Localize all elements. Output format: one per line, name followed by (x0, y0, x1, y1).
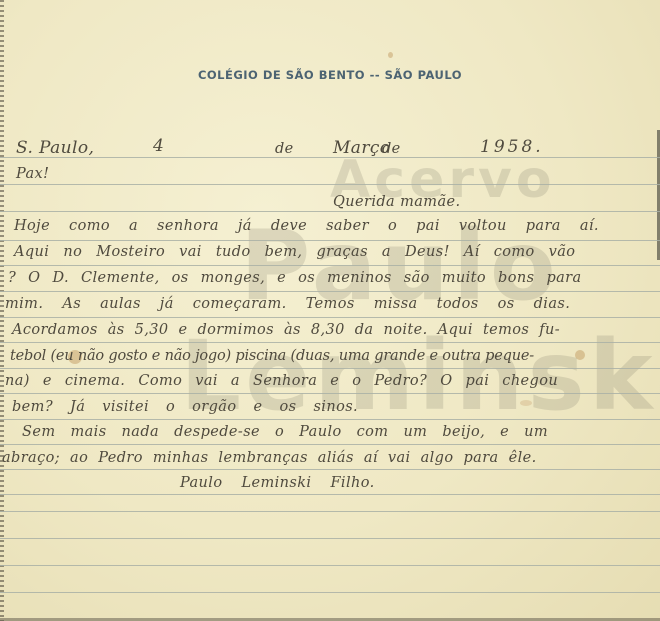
letter-line: Aqui no Mosteiro vai tudo bem, graças a … (14, 244, 575, 260)
letter-line: na) e cinema. Como vai a Senhora e o Ped… (5, 373, 558, 389)
ruled-line (0, 494, 660, 495)
letter-line: Sem mais nada despede-se o Paulo com um … (22, 424, 548, 440)
perforated-left-edge (0, 0, 4, 621)
ruled-line (0, 291, 660, 292)
ruled-line (0, 368, 660, 369)
stain (575, 350, 585, 360)
letter-line: ? O D. Clemente, os monges, e os meninos… (8, 270, 582, 286)
ruled-line (0, 240, 660, 241)
letterhead: COLÉGIO DE SÃO BENTO -- SÃO PAULO (0, 68, 660, 82)
stain (520, 400, 532, 406)
letter-line: Acordamos às 5,30 e dormimos às 8,30 da … (12, 322, 560, 338)
date-day: 4 (153, 136, 164, 156)
ruled-line (0, 444, 660, 445)
greeting: Querida mamãe. (333, 194, 461, 210)
date-de: de (275, 141, 294, 157)
ruled-line (0, 592, 660, 593)
ruled-line (0, 157, 660, 158)
letter-line: abraço; ao Pedro minhas lembranças aliás… (2, 450, 537, 466)
letter-line: tebol (eu não gosto e não jogo) piscina … (10, 348, 534, 364)
letter-line: Hoje como a senhora já deve saber o pai … (14, 218, 599, 234)
date-year: 1958. (480, 137, 544, 157)
letter-line: mim. As aulas já começaram. Temos missa … (5, 296, 570, 312)
ruled-line (0, 317, 660, 318)
stain (388, 52, 393, 58)
ruled-line (0, 538, 660, 539)
ruled-line (0, 211, 660, 212)
ruled-line (0, 265, 660, 266)
date-de: de (382, 141, 401, 157)
ruled-line (0, 393, 660, 394)
ruled-line (0, 419, 660, 420)
ruled-line (0, 511, 660, 512)
salutation-pax: Pax! (16, 166, 49, 182)
ruled-line (0, 342, 660, 343)
letter-line: bem? Já visitei o orgão e os sinos. (12, 399, 358, 415)
signature: Paulo Leminski Filho. (180, 475, 375, 491)
date-place: S. Paulo, (16, 138, 94, 158)
ruled-line (0, 565, 660, 566)
ruled-line (0, 469, 660, 470)
letter-page: Acervo Paulo Leminski COLÉGIO DE SÃO BEN… (0, 0, 660, 621)
ruled-line (0, 184, 660, 185)
